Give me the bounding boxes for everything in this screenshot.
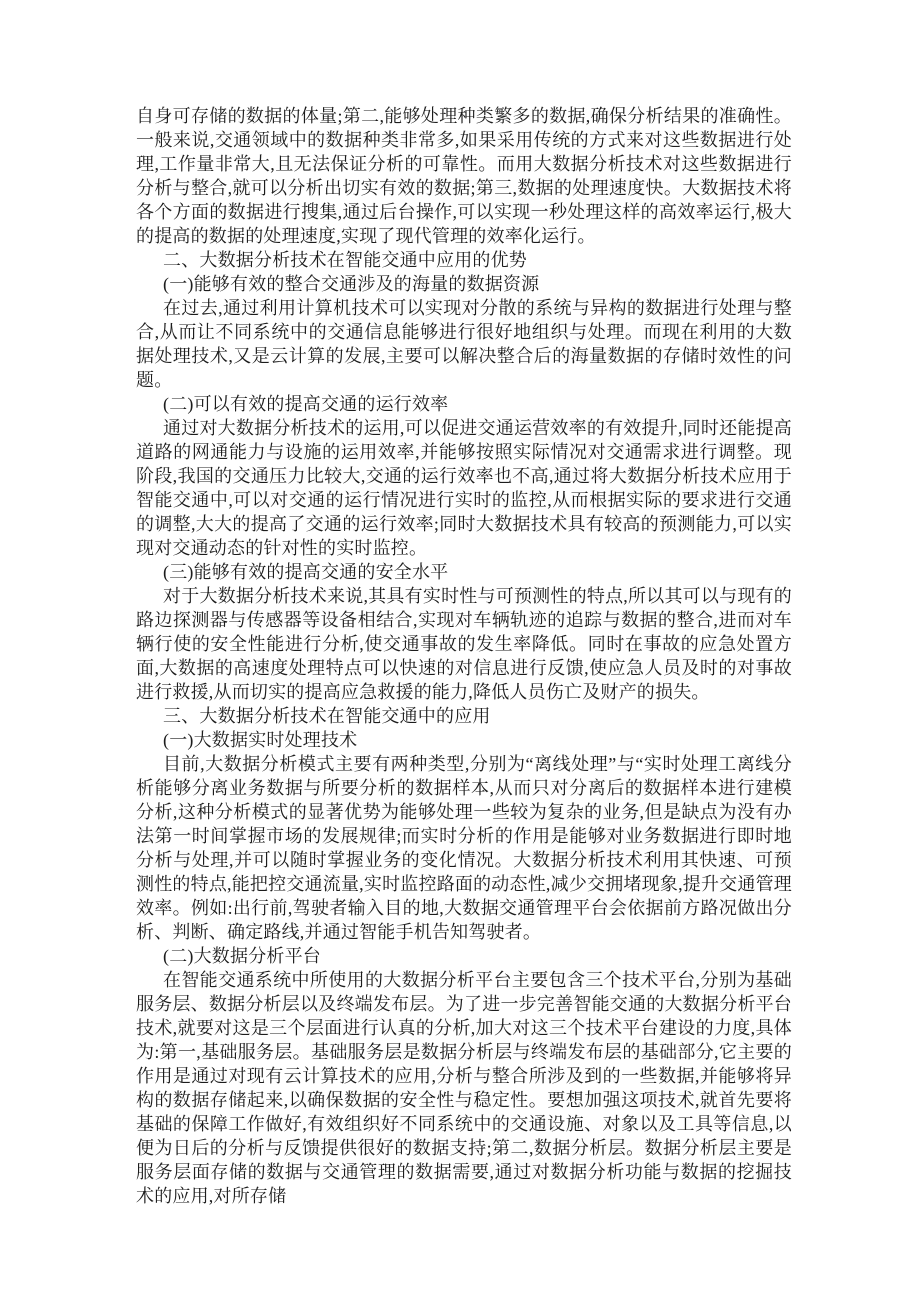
- paragraph: 在过去,通过利用计算机技术可以实现对分散的系统与异构的数据进行处理与整合,从而让…: [136, 296, 792, 392]
- document-text-block: 自身可存储的数据的体量;第二,能够处理种类繁多的数据,确保分析结果的准确性。一般…: [136, 104, 792, 1208]
- paragraph: 自身可存储的数据的体量;第二,能够处理种类繁多的数据,确保分析结果的准确性。一般…: [136, 104, 792, 248]
- sub-heading: (一)大数据实时处理技术: [136, 728, 792, 752]
- sub-heading: (一)能够有效的整合交通涉及的海量的数据资源: [136, 272, 792, 296]
- document-page: 自身可存储的数据的体量;第二,能够处理种类繁多的数据,确保分析结果的准确性。一般…: [0, 0, 920, 1301]
- paragraph: 目前,大数据分析模式主要有两种类型,分别为“离线处理”与“实时处理工离线分析能够…: [136, 752, 792, 944]
- sub-heading: (二)可以有效的提高交通的运行效率: [136, 392, 792, 416]
- section-heading: 二、大数据分析技术在智能交通中应用的优势: [136, 248, 792, 272]
- sub-heading: (三)能够有效的提高交通的安全水平: [136, 560, 792, 584]
- paragraph: 在智能交通系统中所使用的大数据分析平台主要包含三个技术平台,分别为基础服务层、数…: [136, 968, 792, 1208]
- paragraph: 通过对大数据分析技术的运用,可以促进交通运营效率的有效提升,同时还能提高道路的网…: [136, 416, 792, 560]
- section-heading: 三、大数据分析技术在智能交通中的应用: [136, 704, 792, 728]
- sub-heading: (二)大数据分析平台: [136, 944, 792, 968]
- paragraph: 对于大数据分析技术来说,其具有实时性与可预测性的特点,所以其可以与现有的路边探测…: [136, 584, 792, 704]
